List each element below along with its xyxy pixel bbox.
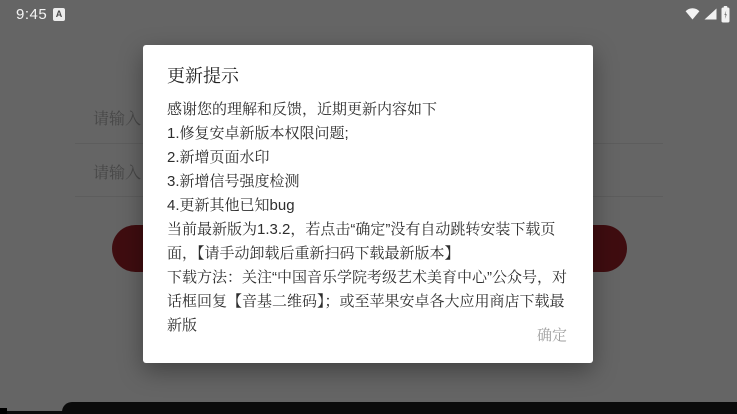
signal-icon [704, 8, 717, 20]
status-bar: 9:45 A [0, 0, 737, 28]
battery-icon [721, 6, 730, 23]
wifi-icon [685, 8, 700, 20]
android-screen: 9:45 A 请输入 请 [0, 0, 737, 414]
input-field-2[interactable]: 请输入 [93, 165, 141, 183]
bottom-left-mark [0, 408, 7, 414]
notification-app-icon: A [53, 8, 65, 21]
status-icons [685, 5, 730, 23]
navigation-bar [62, 402, 737, 414]
confirm-button[interactable]: 确定 [535, 320, 569, 349]
dialog-message: 感谢您的理解和反馈，近期更新内容如下 1.修复安卓新版本权限问题; 2.新增页面… [167, 98, 569, 338]
update-dialog: 更新提示 感谢您的理解和反馈，近期更新内容如下 1.修复安卓新版本权限问题; 2… [143, 45, 593, 363]
dialog-title: 更新提示 [167, 65, 569, 87]
clock: 9:45 [16, 6, 47, 23]
input-field-1[interactable]: 请输入 [93, 111, 141, 129]
